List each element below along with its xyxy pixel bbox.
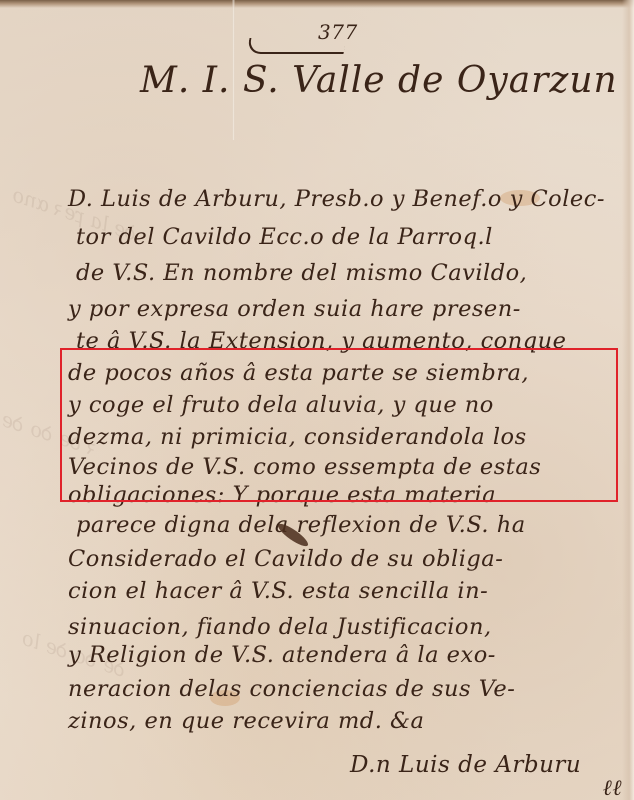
body-line-13: cion el hacer â V.S. esta sencilla in- bbox=[68, 578, 488, 604]
signature-rubric: ℓℓ bbox=[603, 775, 622, 800]
body-line-3: de V.S. En nombre del mismo Cavildo, bbox=[76, 260, 527, 286]
folio-number: 377 bbox=[318, 20, 358, 44]
red-highlight-box bbox=[60, 348, 618, 502]
body-line-14: sinuacion, fiando dela Justificacion, bbox=[68, 614, 492, 640]
paper-top-edge bbox=[0, 0, 634, 8]
body-line-1: D. Luis de Arburu, Presb.o y Benef.o y C… bbox=[68, 186, 605, 212]
manuscript-page: ꝺe la ꝼeꝛ ɑno ꝛ ꝺe ꝺo ꝺe ꝺe ꝺo ꝺe lo 377… bbox=[0, 0, 634, 800]
body-line-4: y por expresa orden suia hare presen- bbox=[68, 296, 521, 322]
body-line-16: neracion delas conciencias de sus Ve- bbox=[68, 676, 515, 702]
body-line-12: Considerado el Cavildo de su obliga- bbox=[68, 546, 503, 572]
letter-heading: M. I. S. Valle de Oyarzun bbox=[140, 60, 618, 101]
body-line-17: zinos, en que recevira md. &a bbox=[68, 708, 424, 734]
paper-right-edge bbox=[622, 0, 634, 800]
body-line-15: y Religion de V.S. atendera â la exo- bbox=[68, 642, 496, 668]
body-line-2: tor del Cavildo Ecc.o de la Parroq.l bbox=[76, 224, 493, 250]
signature: D.n Luis de Arburu bbox=[350, 752, 581, 778]
